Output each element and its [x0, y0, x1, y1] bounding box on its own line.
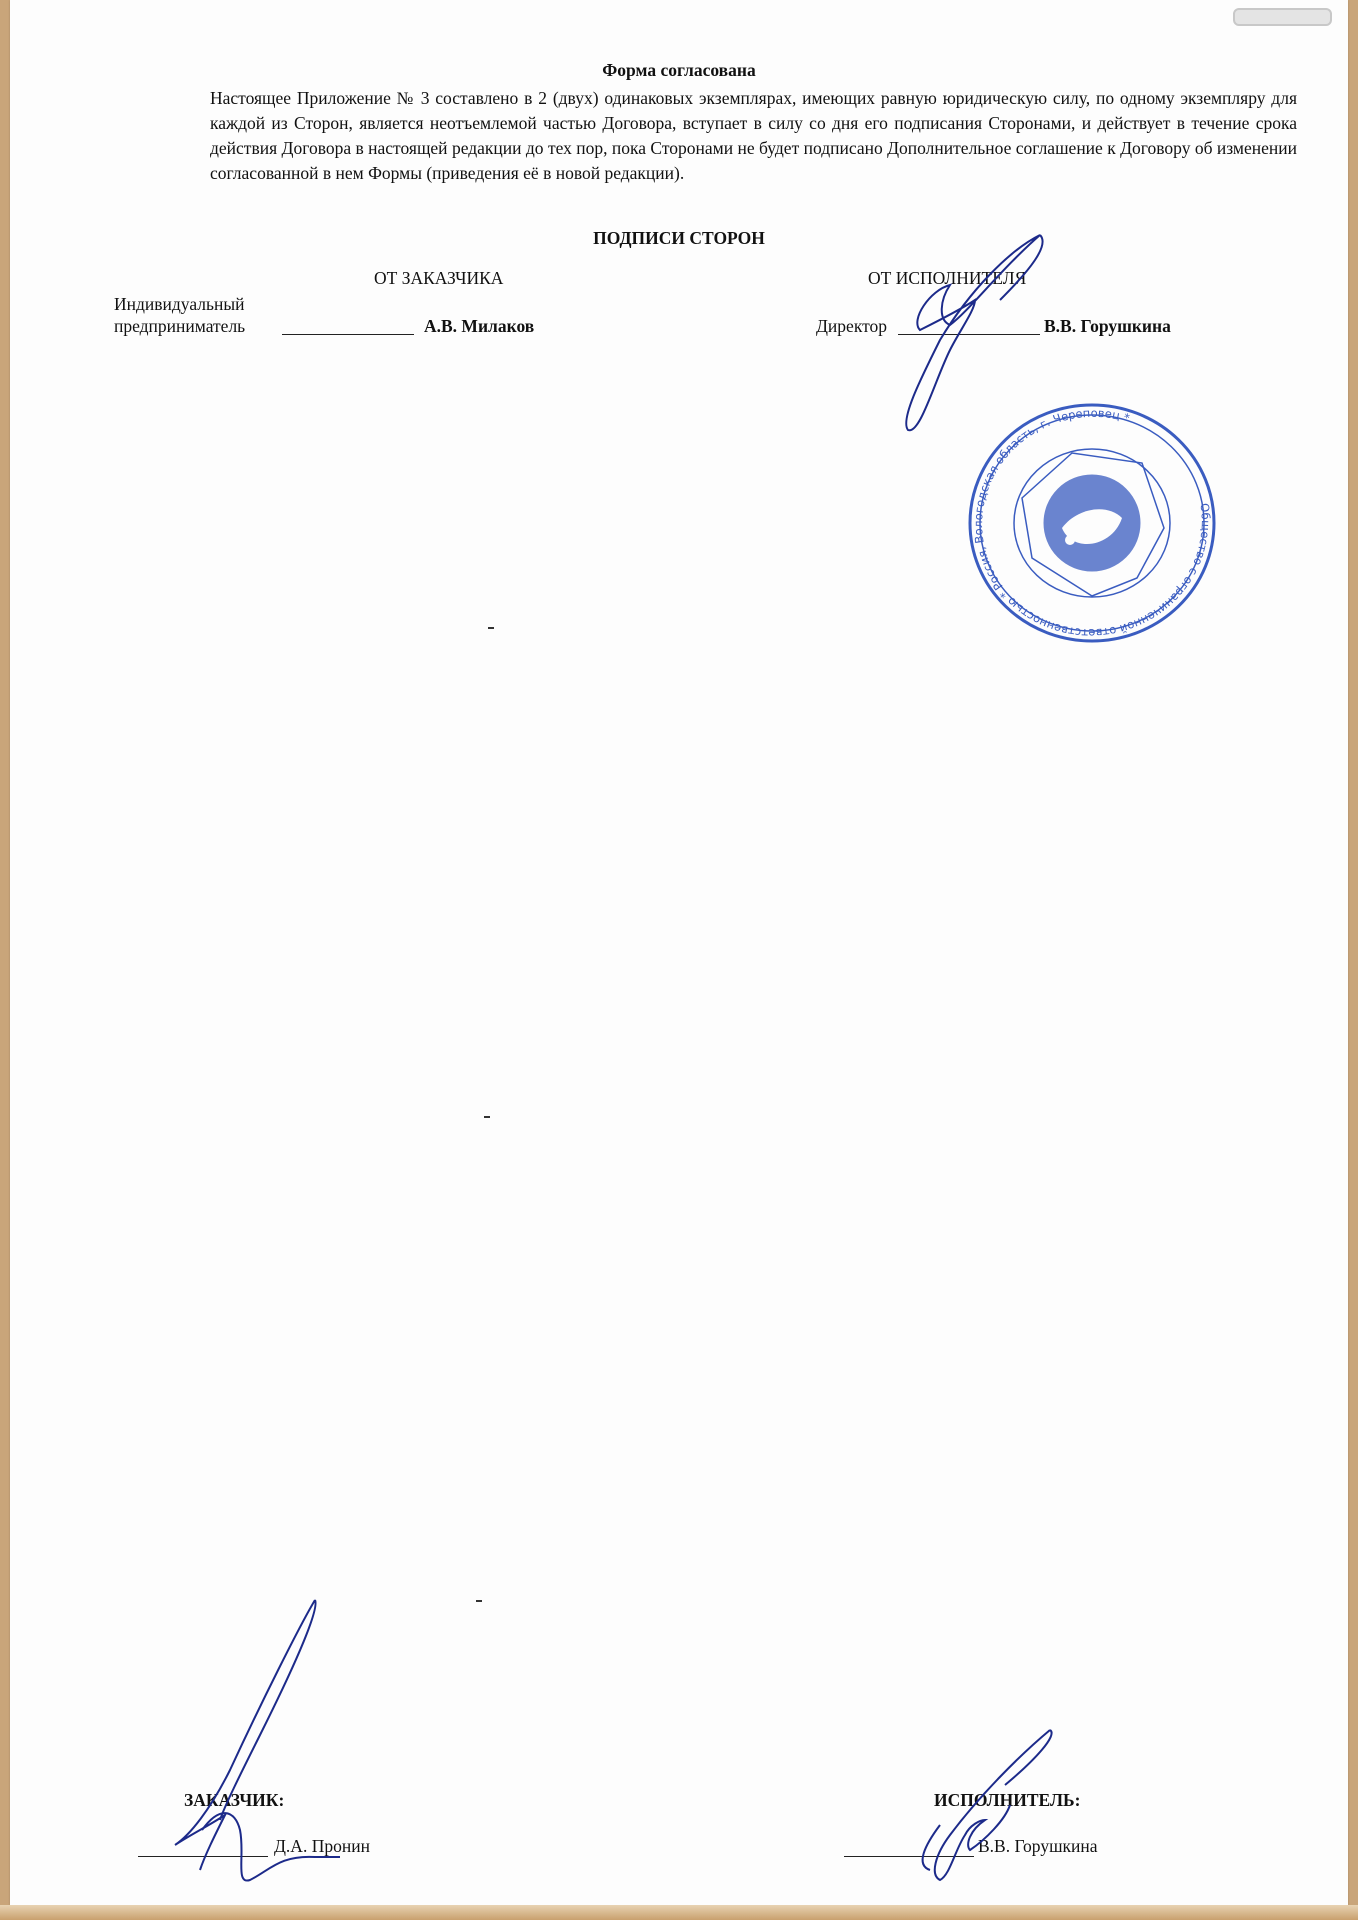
- scan-dot: [476, 1600, 482, 1602]
- contractor-signature-bottom: [870, 1725, 1070, 1895]
- customer-signature-line: [282, 334, 414, 335]
- agreement-paragraph: Настоящее Приложение № 3 составлено в 2 …: [210, 86, 1297, 186]
- document-page: Форма согласована Настоящее Приложение №…: [10, 0, 1348, 1905]
- desk-surface: [0, 1905, 1358, 1920]
- customer-role-line2: предприниматель: [114, 318, 245, 336]
- document-title: Форма согласована: [10, 62, 1348, 80]
- signatures-heading: ПОДПИСИ СТОРОН: [10, 230, 1348, 248]
- company-stamp: Общество с ограниченной ответственностью…: [962, 398, 1222, 648]
- scan-dot: [484, 1116, 490, 1118]
- customer-heading: ОТ ЗАКАЗЧИКА: [374, 270, 503, 288]
- scan-dot: [488, 627, 494, 629]
- customer-name: А.В. Милаков: [424, 318, 534, 336]
- customer-role-line1: Индивидуальный: [114, 296, 244, 314]
- paper-clip: [1233, 8, 1332, 26]
- customer-signature: [140, 1595, 360, 1885]
- contractor-role: Директор: [816, 318, 887, 336]
